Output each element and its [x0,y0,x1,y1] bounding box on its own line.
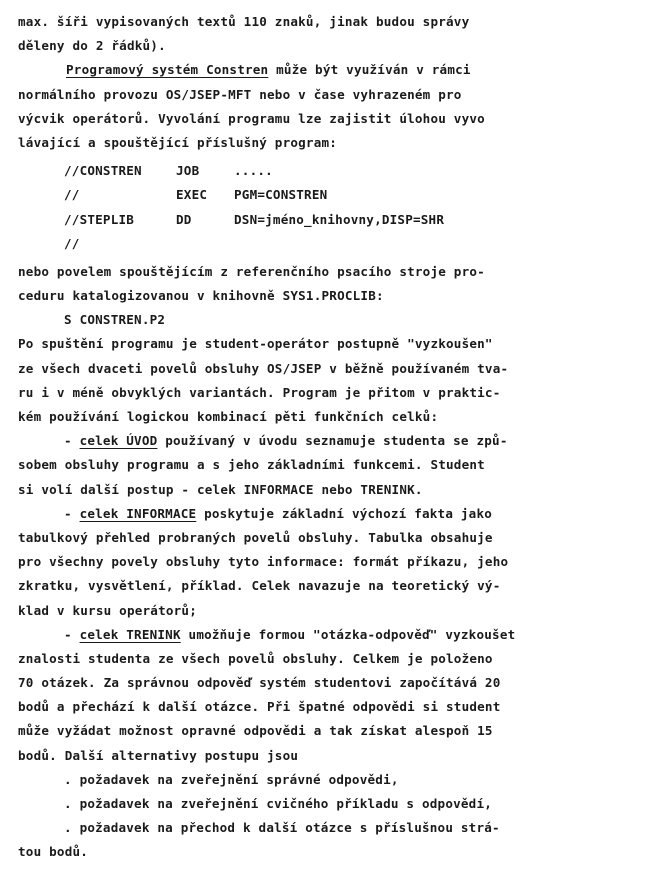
program-title: Programový systém Constren [66,62,268,77]
alternative-item: . požadavek na zveřejnění správné odpově… [18,768,638,792]
run-line-3: ru i v méně obvyklých variantách. Progra… [18,381,638,405]
jcl-name: //STEPLIB [64,208,176,232]
run-line-2: ze všech dvaceti povelů obsluhy OS/JSEP … [18,357,638,381]
intro-line-1: max. šíři vypisovaných textů 110 znaků, … [18,10,638,34]
unit-uvod-first-line: - celek ÚVOD používaný v úvodu seznamuje… [18,429,638,453]
jcl-line-1: //CONSTRENJOB..... [18,159,638,183]
unit-trenink-text: umožňuje formou "otázka-odpověď" vyzkouš… [181,627,516,642]
unit-trenink-first-line: - celek TRENINK umožňuje formou "otázka-… [18,623,638,647]
final-line: tou bodů. [18,840,638,864]
program-paragraph-first-line: Programový systém Constren může být využ… [18,58,638,82]
unit-informace-first-line: - celek INFORMACE poskytuje základní výc… [18,502,638,526]
unit-trenink-line-6: bodů. Další alternativy postupu jsou [18,744,638,768]
jcl-op: EXEC [176,183,234,207]
dash: - [64,627,80,642]
jcl-name: // [64,183,176,207]
unit-trenink-line-4: bodů a přechází k další otázce. Při špat… [18,695,638,719]
jcl-operand: PGM=CONSTREN [234,183,327,207]
unit-uvod-line-2: sobem obsluhy programu a s jeho základní… [18,453,638,477]
program-line-2: normálního provozu OS/JSEP-MFT nebo v ča… [18,83,638,107]
unit-informace-line-5: klad v kursu operátorů; [18,599,638,623]
jcl-name: // [64,232,176,256]
unit-informace-line-4: zkratku, vysvětlení, příklad. Celek nava… [18,574,638,598]
unit-trenink-label: celek TRENINK [80,627,181,642]
run-line-4: kém používání logickou kombinací pěti fu… [18,405,638,429]
dash: - [64,506,80,521]
unit-uvod-line-3: si volí další postup - celek INFORMACE n… [18,478,638,502]
unit-informace-line-2: tabulkový přehled probraných povelů obsl… [18,526,638,550]
jcl-operand: DSN=jméno_knihovny,DISP=SHR [234,208,444,232]
jcl-line-2: //EXECPGM=CONSTREN [18,183,638,207]
unit-informace-label: celek INFORMACE [80,506,197,521]
unit-informace-text: poskytuje základní výchozí fakta jako [196,506,492,521]
dash: - [64,433,80,448]
start-command: S CONSTREN.P2 [18,308,638,332]
unit-trenink-line-3: 70 otázek. Za správnou odpověď systém st… [18,671,638,695]
unit-uvod-label: celek ÚVOD [80,433,158,448]
program-line-3: výcvik operátorů. Vyvolání programu lze … [18,107,638,131]
jcl-line-4: // [18,232,638,256]
jcl-name: //CONSTREN [64,159,176,183]
unit-trenink-line-2: znalosti studenta ze všech povelů obsluh… [18,647,638,671]
program-line-4: lávající a spouštějící příslušný program… [18,131,638,155]
unit-informace-line-3: pro všechny povely obsluhy tyto informac… [18,550,638,574]
jcl-op: DD [176,208,234,232]
unit-uvod-text: používaný v úvodu seznamuje studenta se … [157,433,507,448]
program-first-line-rest: může být využíván v rámci [268,62,470,77]
jcl-line-3: //STEPLIBDDDSN=jméno_knihovny,DISP=SHR [18,208,638,232]
intro-line-2: děleny do 2 řádků). [18,34,638,58]
alternative-item: . požadavek na zveřejnění cvičného příkl… [18,792,638,816]
unit-trenink-line-5: může vyžádat možnost opravné odpovědi a … [18,719,638,743]
jcl-operand: ..... [234,159,273,183]
alternative-item: . požadavek na přechod k další otázce s … [18,816,638,840]
jcl-op: JOB [176,159,234,183]
run-line-1: Po spuštění programu je student-operátor… [18,332,638,356]
after-jcl-line-2: ceduru katalogizovanou v knihovně SYS1.P… [18,284,638,308]
after-jcl-line-1: nebo povelem spouštějícím z referenčního… [18,260,638,284]
typewritten-page: max. šíři vypisovaných textů 110 znaků, … [18,10,638,865]
